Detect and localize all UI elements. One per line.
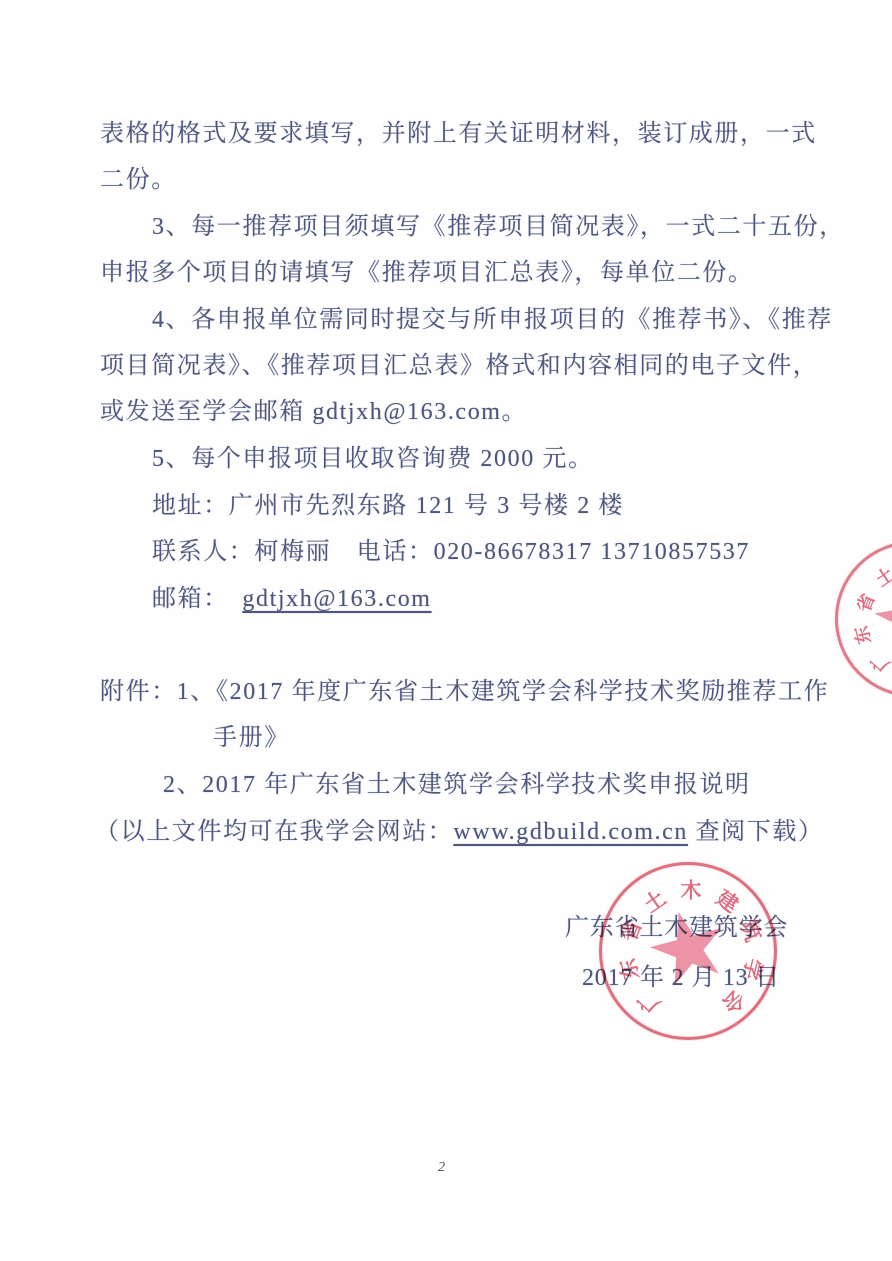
- contact-email-line: 邮箱： gdtjxh@163.com: [152, 578, 432, 613]
- seal-ring-character: 学: [740, 956, 765, 981]
- contact-person-line: 联系人：柯梅丽 电话：020-86678317 13710857537: [152, 531, 750, 566]
- email-address: gdtjxh@163.com: [242, 586, 431, 612]
- website-url: www.gdbuild.com.cn: [453, 819, 688, 845]
- doc-line-item-4-cont1: 项目简况表》、《推荐项目汇总表》格式和内容相同的电子文件，: [100, 345, 818, 380]
- official-seal-right-edge: ★ 广东省土木建筑学会: [835, 541, 892, 697]
- doc-line-item-3-cont: 申报多个项目的请填写《推荐项目汇总表》，每单位二份。: [100, 252, 754, 287]
- doc-line-1: 表格的格式及要求填写，并附上有关证明材料，装订成册，一式: [100, 113, 817, 148]
- address-line: 地址：广州市先烈东路 121 号 3 号楼 2 楼: [152, 485, 624, 520]
- website-note-post: 查阅下载）: [688, 819, 824, 845]
- doc-line-item-5: 5、每个申报项目收取咨询费 2000 元。: [152, 438, 594, 473]
- official-seal-bottom: ★ 广东省土木建筑学会: [599, 862, 777, 1040]
- website-note-line: （以上文件均可在我学会网站：www.gdbuild.com.cn 查阅下载）: [95, 811, 824, 846]
- doc-line-item-4-cont2: 或发送至学会邮箱 gdtjxh@163.com。: [100, 391, 527, 426]
- attachment-line-1-cont: 手册》: [213, 717, 290, 752]
- attachment-line-1: 附件：1、《2017 年度广东省土木建筑学会科学技术奖励推荐工作: [100, 671, 829, 706]
- doc-line-item-4: 4、各申报单位需同时提交与所申报项目的《推荐书》、《推荐: [152, 299, 833, 334]
- website-note-pre: （以上文件均可在我学会网站：: [95, 819, 453, 845]
- doc-line-2: 二份。: [100, 159, 177, 194]
- doc-line-item-3: 3、每一推荐项目须填写《推荐项目简况表》，一式二十五份，: [152, 206, 845, 241]
- seal-ring-character: 东: [617, 956, 642, 981]
- scanned-document-page: 表格的格式及要求填写，并附上有关证明材料，装订成册，一式 二份。 3、每一推荐项…: [0, 0, 892, 1261]
- seal-ring-character: 东: [853, 624, 875, 646]
- seal-ring-character: 木: [681, 881, 702, 902]
- page-number: 2: [438, 1160, 445, 1176]
- attachment-line-2: 2、2017 年广东省土木建筑学会科学技术奖申报说明: [163, 764, 751, 799]
- email-label: 邮箱：: [152, 586, 242, 612]
- seal-ring-character: 筑: [736, 918, 763, 945]
